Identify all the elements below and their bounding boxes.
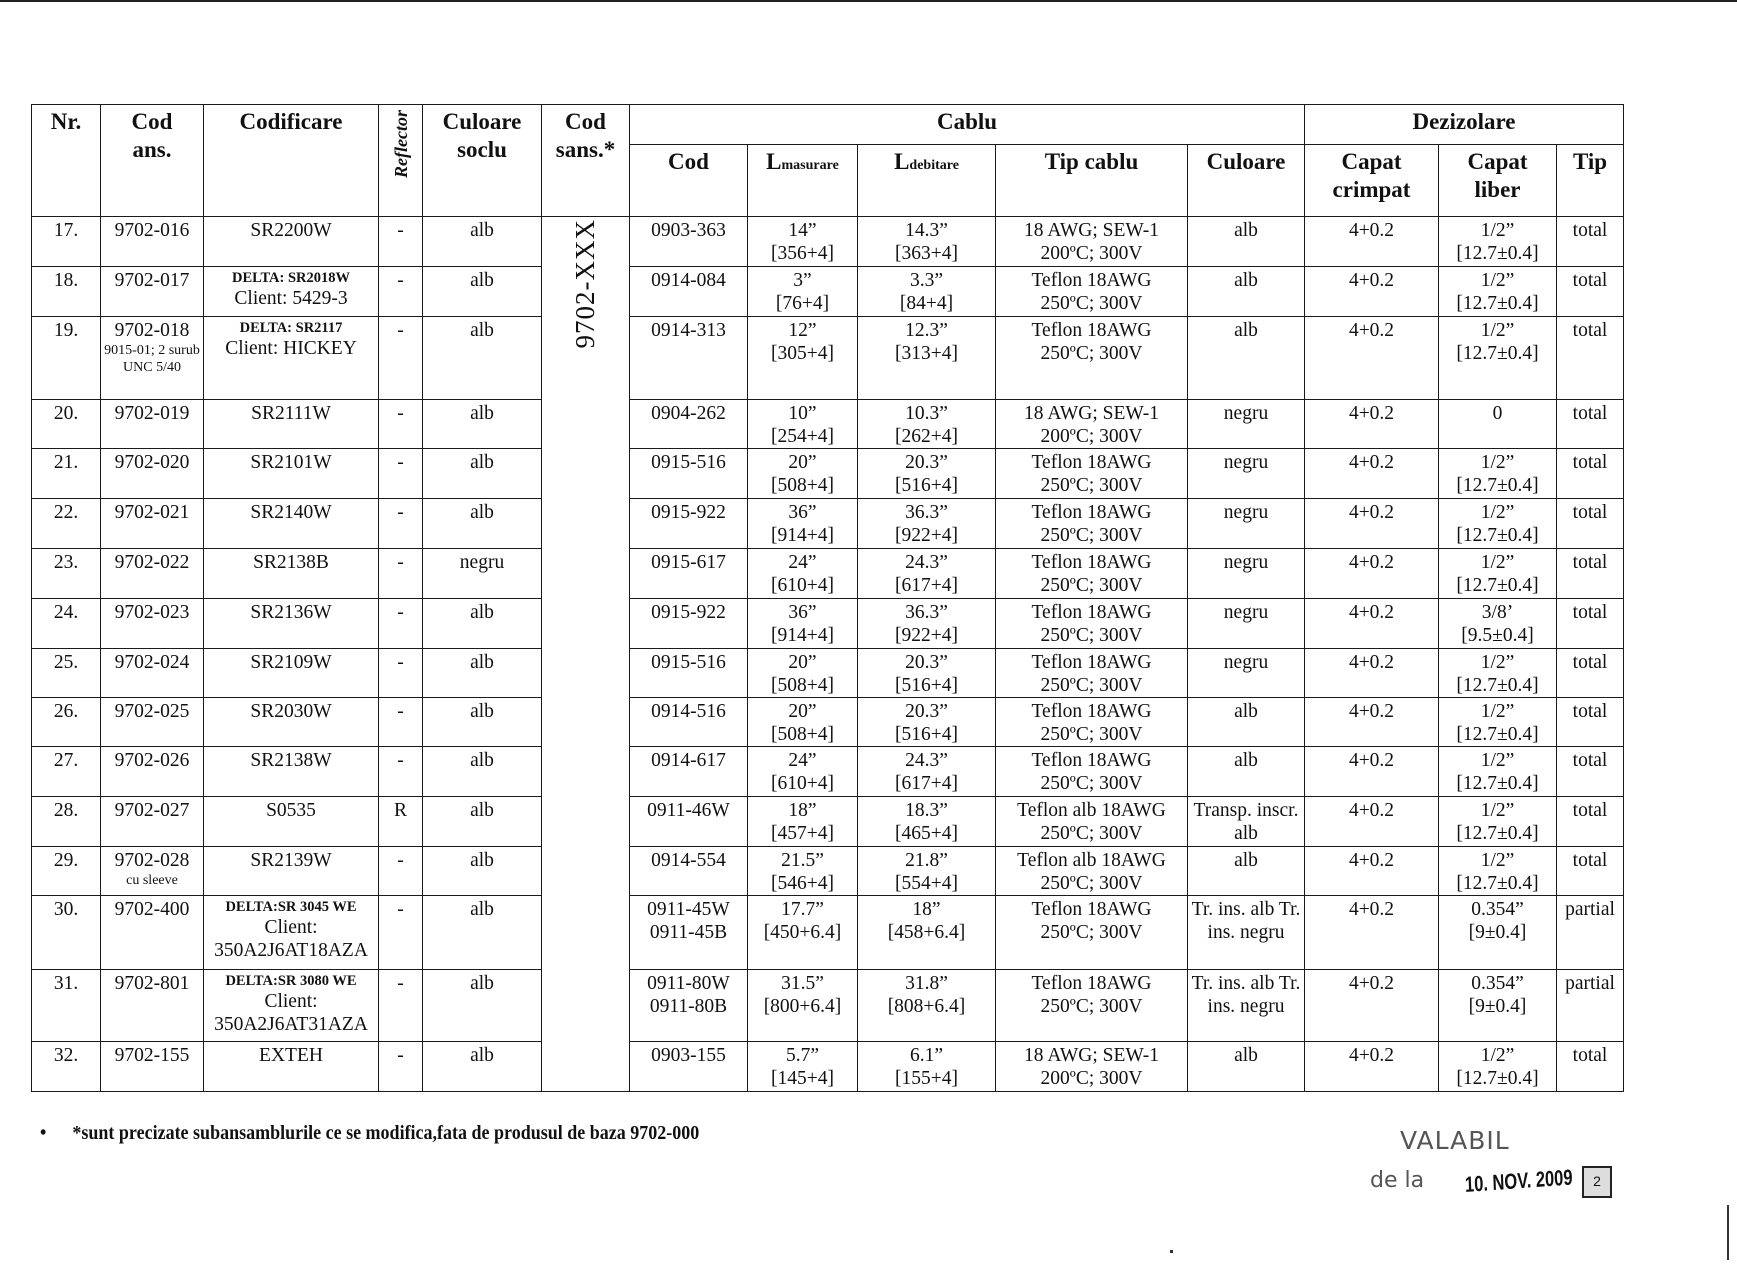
table-row: 32.9702-155EXTEH-alb0903-1555.7”[145+4]6… [32, 1042, 1624, 1092]
cell-capat-liber: 1/2”[12.7±0.4] [1439, 449, 1557, 499]
cell-culoare: negru [1188, 549, 1305, 599]
cell-capat-liber: 0 [1439, 400, 1557, 449]
table-row: 23.9702-022SR2138B-negru0915-61724”[610+… [32, 549, 1624, 599]
cell-culoare-soclu: alb [423, 970, 542, 1042]
table-row: 24.9702-023SR2136W-alb0915-92236”[914+4]… [32, 599, 1624, 649]
cell-cablu-cod: 0904-262 [630, 400, 748, 449]
cell-l-masurare: 20”[508+4] [748, 649, 858, 698]
cell-tip: total [1557, 747, 1624, 797]
cell-l-masurare: 36”[914+4] [748, 599, 858, 649]
delta-code: DELTA: SR2018W [204, 269, 378, 287]
cell-cod-ans: 9702-028cu sleeve [101, 847, 204, 896]
cell-nr: 17. [32, 217, 101, 267]
cell-capat-crimpat: 4+0.2 [1305, 549, 1439, 599]
header-tip: Tip [1557, 145, 1624, 217]
cell-capat-crimpat: 4+0.2 [1305, 847, 1439, 896]
cell-l-debitare: 3.3”[84+4] [858, 267, 996, 317]
cell-tip-cablu: 18 AWG; SEW-1200ºC; 300V [996, 1042, 1188, 1092]
cell-culoare: Tr. ins. alb Tr. ins. negru [1188, 896, 1305, 970]
cell-capat-liber: 1/2”[12.7±0.4] [1439, 649, 1557, 698]
header-l-debitare: Ldebitare [858, 145, 996, 217]
delta-code: DELTA: SR2117 [204, 319, 378, 337]
cell-nr: 26. [32, 698, 101, 747]
cell-codificare: DELTA:SR 3045 WEClient: 350A2J6AT18AZA [204, 896, 379, 970]
cell-reflector: - [379, 317, 423, 400]
cell-cod-ans: 9702-022 [101, 549, 204, 599]
cell-codificare: DELTA: SR2117Client: HICKEY [204, 317, 379, 400]
cell-l-debitare: 24.3”[617+4] [858, 549, 996, 599]
cell-capat-crimpat: 4+0.2 [1305, 317, 1439, 400]
validity-stamp: VALABIL de la 10. NOV. 2009 2 [1370, 1118, 1630, 1208]
cell-tip-cablu: Teflon 18AWG250ºC; 300V [996, 449, 1188, 499]
cell-tip-cablu: 18 AWG; SEW-1200ºC; 300V [996, 217, 1188, 267]
cell-cablu-cod: 0915-516 [630, 449, 748, 499]
page-number-box: 2 [1582, 1166, 1612, 1198]
table-row: 30.9702-400DELTA:SR 3045 WEClient: 350A2… [32, 896, 1624, 970]
stamp-valabil: VALABIL [1400, 1126, 1510, 1155]
cell-capat-liber: 0.354”[9±0.4] [1439, 896, 1557, 970]
cell-cod-ans: 9702-017 [101, 267, 204, 317]
cell-l-debitare: 14.3”[363+4] [858, 217, 996, 267]
cell-l-debitare: 18”[458+6.4] [858, 896, 996, 970]
cell-l-masurare: 17.7”[450+6.4] [748, 896, 858, 970]
cell-tip: total [1557, 847, 1624, 896]
cell-reflector: - [379, 267, 423, 317]
footnote-text: *sunt precizate subansamblurile ce se mo… [72, 1122, 699, 1144]
cell-capat-liber: 1/2”[12.7±0.4] [1439, 698, 1557, 747]
cell-tip: total [1557, 449, 1624, 499]
cell-cablu-cod: 0903-155 [630, 1042, 748, 1092]
cell-nr: 30. [32, 896, 101, 970]
cell-nr: 22. [32, 499, 101, 549]
cell-l-masurare: 18”[457+4] [748, 797, 858, 847]
cell-tip: total [1557, 499, 1624, 549]
cell-codificare: DELTA: SR2018WClient: 5429-3 [204, 267, 379, 317]
cell-cod-ans: 9702-027 [101, 797, 204, 847]
cell-tip: total [1557, 698, 1624, 747]
delta-code: DELTA:SR 3045 WE [204, 898, 378, 916]
cell-culoare: alb [1188, 317, 1305, 400]
cell-l-debitare: 10.3”[262+4] [858, 400, 996, 449]
table-row: 17.9702-016SR2200W-alb9702-XXX0903-36314… [32, 217, 1624, 267]
cell-tip-cablu: Teflon 18AWG250ºC; 300V [996, 549, 1188, 599]
cell-capat-crimpat: 4+0.2 [1305, 797, 1439, 847]
cell-culoare: alb [1188, 1042, 1305, 1092]
cell-l-debitare: 12.3”[313+4] [858, 317, 996, 400]
table-row: 19.9702-0189015-01; 2 surub UNC 5/40DELT… [32, 317, 1624, 400]
cell-codificare: SR2136W [204, 599, 379, 649]
cell-capat-liber: 1/2”[12.7±0.4] [1439, 1042, 1557, 1092]
cell-tip-cablu: Teflon 18AWG250ºC; 300V [996, 698, 1188, 747]
header-reflector: Reflector [379, 105, 423, 217]
cell-capat-crimpat: 4+0.2 [1305, 1042, 1439, 1092]
cell-l-debitare: 18.3”[465+4] [858, 797, 996, 847]
cell-l-masurare: 3”[76+4] [748, 267, 858, 317]
cell-nr: 24. [32, 599, 101, 649]
cell-tip-cablu: Teflon 18AWG250ºC; 300V [996, 896, 1188, 970]
header-l-masurare: Lmasurare [748, 145, 858, 217]
cell-tip-cablu: Teflon alb 18AWG250ºC; 300V [996, 847, 1188, 896]
cell-culoare: alb [1188, 747, 1305, 797]
cell-capat-liber: 0.354”[9±0.4] [1439, 970, 1557, 1042]
table-row: 31.9702-801DELTA:SR 3080 WEClient: 350A2… [32, 970, 1624, 1042]
cod-ans-note: 9015-01; 2 surub UNC 5/40 [101, 342, 203, 376]
cell-culoare-soclu: alb [423, 267, 542, 317]
cell-codificare: SR2138B [204, 549, 379, 599]
cell-tip-cablu: Teflon 18AWG250ºC; 300V [996, 970, 1188, 1042]
cell-l-masurare: 20”[508+4] [748, 698, 858, 747]
cell-capat-crimpat: 4+0.2 [1305, 217, 1439, 267]
cod-ans-note: cu sleeve [101, 872, 203, 889]
cell-codificare: SR2139W [204, 847, 379, 896]
header-cablu-group: Cablu [630, 105, 1305, 145]
cell-reflector: - [379, 747, 423, 797]
cell-culoare-soclu: alb [423, 449, 542, 499]
cell-culoare-soclu: alb [423, 400, 542, 449]
cell-nr: 32. [32, 1042, 101, 1092]
cell-capat-liber: 3/8’[9.5±0.4] [1439, 599, 1557, 649]
cell-reflector: - [379, 449, 423, 499]
cell-tip: total [1557, 217, 1624, 267]
cell-nr: 31. [32, 970, 101, 1042]
delta-code: DELTA:SR 3080 WE [204, 972, 378, 990]
cell-culoare: negru [1188, 400, 1305, 449]
header-capat-crimpat: Capatcrimpat [1305, 145, 1439, 217]
cell-reflector: - [379, 499, 423, 549]
cell-cod-ans: 9702-023 [101, 599, 204, 649]
cell-tip: total [1557, 649, 1624, 698]
cell-cablu-cod: 0914-313 [630, 317, 748, 400]
scan-speck [1170, 1250, 1173, 1253]
scan-speck [1727, 1205, 1729, 1260]
cell-l-masurare: 10”[254+4] [748, 400, 858, 449]
cell-codificare: SR2101W [204, 449, 379, 499]
cell-l-masurare: 24”[610+4] [748, 747, 858, 797]
cell-tip-cablu: Teflon 18AWG250ºC; 300V [996, 649, 1188, 698]
cell-culoare-soclu: alb [423, 847, 542, 896]
cell-l-debitare: 31.8”[808+6.4] [858, 970, 996, 1042]
table-row: 26.9702-025SR2030W-alb0914-51620”[508+4]… [32, 698, 1624, 747]
cell-cablu-cod: 0915-516 [630, 649, 748, 698]
footnote: •*sunt precizate subansamblurile ce se m… [40, 1122, 699, 1145]
cell-culoare: negru [1188, 599, 1305, 649]
cell-nr: 28. [32, 797, 101, 847]
table-row: 25.9702-024SR2109W-alb0915-51620”[508+4]… [32, 649, 1624, 698]
cell-codificare: SR2030W [204, 698, 379, 747]
cell-culoare-soclu: alb [423, 747, 542, 797]
cell-l-debitare: 20.3”[516+4] [858, 698, 996, 747]
cell-l-masurare: 5.7”[145+4] [748, 1042, 858, 1092]
cell-cod-ans: 9702-400 [101, 896, 204, 970]
cell-capat-liber: 1/2”[12.7±0.4] [1439, 797, 1557, 847]
cell-cablu-cod: 0911-46W [630, 797, 748, 847]
cell-nr: 19. [32, 317, 101, 400]
cell-culoare-soclu: alb [423, 896, 542, 970]
cell-codificare: SR2140W [204, 499, 379, 549]
header-culoare: Culoare [1188, 145, 1305, 217]
cell-tip: total [1557, 549, 1624, 599]
cell-reflector: - [379, 896, 423, 970]
cell-cablu-cod: 0915-922 [630, 499, 748, 549]
cell-nr: 20. [32, 400, 101, 449]
cell-cod-ans: 9702-801 [101, 970, 204, 1042]
cell-tip-cablu: Teflon alb 18AWG250ºC; 300V [996, 797, 1188, 847]
cell-cablu-cod: 0914-516 [630, 698, 748, 747]
cell-nr: 18. [32, 267, 101, 317]
cell-capat-liber: 1/2”[12.7±0.4] [1439, 747, 1557, 797]
stamp-de-la: de la [1370, 1168, 1424, 1193]
cell-capat-crimpat: 4+0.2 [1305, 698, 1439, 747]
cell-codificare: DELTA:SR 3080 WEClient: 350A2J6AT31AZA [204, 970, 379, 1042]
cell-cod-ans: 9702-021 [101, 499, 204, 549]
cell-culoare: negru [1188, 499, 1305, 549]
cell-capat-crimpat: 4+0.2 [1305, 267, 1439, 317]
cell-culoare-soclu: alb [423, 499, 542, 549]
cell-culoare-soclu: alb [423, 649, 542, 698]
cell-l-masurare: 20”[508+4] [748, 449, 858, 499]
cell-culoare: negru [1188, 649, 1305, 698]
cell-cod-ans: 9702-0189015-01; 2 surub UNC 5/40 [101, 317, 204, 400]
cell-cod-sans-merged: 9702-XXX [542, 217, 630, 1092]
cell-nr: 27. [32, 747, 101, 797]
cell-cod-ans: 9702-025 [101, 698, 204, 747]
header-dezizolare-group: Dezizolare [1305, 105, 1624, 145]
cell-l-masurare: 21.5”[546+4] [748, 847, 858, 896]
cell-capat-liber: 1/2”[12.7±0.4] [1439, 549, 1557, 599]
cell-nr: 29. [32, 847, 101, 896]
cell-tip: total [1557, 317, 1624, 400]
cell-codificare: SR2109W [204, 649, 379, 698]
cell-cablu-cod: 0914-554 [630, 847, 748, 896]
cell-culoare-soclu: alb [423, 1042, 542, 1092]
cell-cod-ans: 9702-019 [101, 400, 204, 449]
cell-l-debitare: 36.3”[922+4] [858, 599, 996, 649]
cell-cablu-cod: 0915-922 [630, 599, 748, 649]
cell-l-debitare: 20.3”[516+4] [858, 649, 996, 698]
cell-capat-crimpat: 4+0.2 [1305, 896, 1439, 970]
cell-tip: total [1557, 599, 1624, 649]
cell-reflector: - [379, 649, 423, 698]
cell-l-masurare: 14”[356+4] [748, 217, 858, 267]
cell-culoare: negru [1188, 449, 1305, 499]
header-culoare-soclu: Culoaresoclu [423, 105, 542, 217]
header-codificare: Codificare [204, 105, 379, 217]
spec-table-body: 17.9702-016SR2200W-alb9702-XXX0903-36314… [32, 217, 1624, 1092]
cell-culoare: Tr. ins. alb Tr. ins. negru [1188, 970, 1305, 1042]
cell-codificare: SR2111W [204, 400, 379, 449]
table-row: 29.9702-028cu sleeveSR2139W-alb0914-5542… [32, 847, 1624, 896]
cell-l-masurare: 31.5”[800+6.4] [748, 970, 858, 1042]
cell-cod-ans: 9702-020 [101, 449, 204, 499]
page-top-border [0, 0, 1737, 2]
cell-nr: 21. [32, 449, 101, 499]
header-cod-ans: Codans. [101, 105, 204, 217]
table-row: 22.9702-021SR2140W-alb0915-92236”[914+4]… [32, 499, 1624, 549]
cell-culoare: alb [1188, 698, 1305, 747]
cell-cablu-cod: 0903-363 [630, 217, 748, 267]
cell-capat-crimpat: 4+0.2 [1305, 747, 1439, 797]
cell-l-masurare: 24”[610+4] [748, 549, 858, 599]
cell-culoare-soclu: alb [423, 317, 542, 400]
table-row: 21.9702-020SR2101W-alb0915-51620”[508+4]… [32, 449, 1624, 499]
cell-cod-ans: 9702-026 [101, 747, 204, 797]
cell-culoare-soclu: alb [423, 217, 542, 267]
cell-culoare-soclu: negru [423, 549, 542, 599]
header-cablu-cod: Cod [630, 145, 748, 217]
header-nr: Nr. [32, 105, 101, 217]
cell-culoare: alb [1188, 267, 1305, 317]
cell-culoare: alb [1188, 847, 1305, 896]
table-row: 27.9702-026SR2138W-alb0914-61724”[610+4]… [32, 747, 1624, 797]
cell-reflector: - [379, 400, 423, 449]
cell-tip-cablu: 18 AWG; SEW-1200ºC; 300V [996, 400, 1188, 449]
cell-capat-crimpat: 4+0.2 [1305, 970, 1439, 1042]
cell-cod-ans: 9702-024 [101, 649, 204, 698]
cell-reflector: - [379, 217, 423, 267]
cell-reflector: - [379, 698, 423, 747]
table-row: 18.9702-017DELTA: SR2018WClient: 5429-3-… [32, 267, 1624, 317]
cell-cablu-cod: 0911-80W 0911-80B [630, 970, 748, 1042]
cell-culoare: Transp. inscr. alb [1188, 797, 1305, 847]
cell-capat-crimpat: 4+0.2 [1305, 400, 1439, 449]
cell-reflector: R [379, 797, 423, 847]
cell-reflector: - [379, 599, 423, 649]
cell-tip: total [1557, 797, 1624, 847]
cell-tip: total [1557, 400, 1624, 449]
cell-codificare: EXTEH [204, 1042, 379, 1092]
cell-reflector: - [379, 1042, 423, 1092]
cell-cablu-cod: 0915-617 [630, 549, 748, 599]
cell-capat-crimpat: 4+0.2 [1305, 599, 1439, 649]
cell-capat-liber: 1/2”[12.7±0.4] [1439, 847, 1557, 896]
cell-capat-crimpat: 4+0.2 [1305, 499, 1439, 549]
cell-capat-crimpat: 4+0.2 [1305, 449, 1439, 499]
cell-tip-cablu: Teflon 18AWG250ºC; 300V [996, 747, 1188, 797]
cell-culoare: alb [1188, 217, 1305, 267]
cell-l-debitare: 21.8”[554+4] [858, 847, 996, 896]
cell-culoare-soclu: alb [423, 599, 542, 649]
cell-tip-cablu: Teflon 18AWG250ºC; 300V [996, 599, 1188, 649]
cell-capat-liber: 1/2”[12.7±0.4] [1439, 499, 1557, 549]
header-capat-liber: Capatliber [1439, 145, 1557, 217]
cell-culoare-soclu: alb [423, 797, 542, 847]
cell-l-debitare: 6.1”[155+4] [858, 1042, 996, 1092]
cell-cod-ans: 9702-016 [101, 217, 204, 267]
cell-cablu-cod: 0911-45W 0911-45B [630, 896, 748, 970]
cell-cablu-cod: 0914-084 [630, 267, 748, 317]
cell-reflector: - [379, 549, 423, 599]
header-tip-cablu: Tip cablu [996, 145, 1188, 217]
cell-culoare-soclu: alb [423, 698, 542, 747]
cell-codificare: SR2200W [204, 217, 379, 267]
cell-l-masurare: 12”[305+4] [748, 317, 858, 400]
cell-codificare: S0535 [204, 797, 379, 847]
stamp-date: 10. NOV. 2009 [1464, 1165, 1573, 1198]
cell-tip-cablu: Teflon 18AWG250ºC; 300V [996, 499, 1188, 549]
spec-table: Nr. Codans. Codificare Reflector Culoare… [31, 104, 1624, 1092]
cell-reflector: - [379, 970, 423, 1042]
cell-nr: 23. [32, 549, 101, 599]
cell-tip: total [1557, 267, 1624, 317]
cell-codificare: SR2138W [204, 747, 379, 797]
cell-nr: 25. [32, 649, 101, 698]
table-row: 28.9702-027S0535Ralb0911-46W18”[457+4]18… [32, 797, 1624, 847]
cell-capat-crimpat: 4+0.2 [1305, 649, 1439, 698]
cell-tip: total [1557, 1042, 1624, 1092]
bullet-icon: • [40, 1122, 72, 1145]
cell-tip-cablu: Teflon 18AWG250ºC; 300V [996, 267, 1188, 317]
cell-l-debitare: 24.3”[617+4] [858, 747, 996, 797]
cell-capat-liber: 1/2”[12.7±0.4] [1439, 317, 1557, 400]
cell-cablu-cod: 0914-617 [630, 747, 748, 797]
cell-cod-ans: 9702-155 [101, 1042, 204, 1092]
header-cod-sans: Codsans.* [542, 105, 630, 217]
table-row: 20.9702-019SR2111W-alb0904-26210”[254+4]… [32, 400, 1624, 449]
cell-l-masurare: 36”[914+4] [748, 499, 858, 549]
cell-tip: partial [1557, 970, 1624, 1042]
cell-tip: partial [1557, 896, 1624, 970]
cell-l-debitare: 36.3”[922+4] [858, 499, 996, 549]
cell-tip-cablu: Teflon 18AWG250ºC; 300V [996, 317, 1188, 400]
cell-l-debitare: 20.3”[516+4] [858, 449, 996, 499]
cell-capat-liber: 1/2”[12.7±0.4] [1439, 267, 1557, 317]
cell-reflector: - [379, 847, 423, 896]
cell-capat-liber: 1/2”[12.7±0.4] [1439, 217, 1557, 267]
